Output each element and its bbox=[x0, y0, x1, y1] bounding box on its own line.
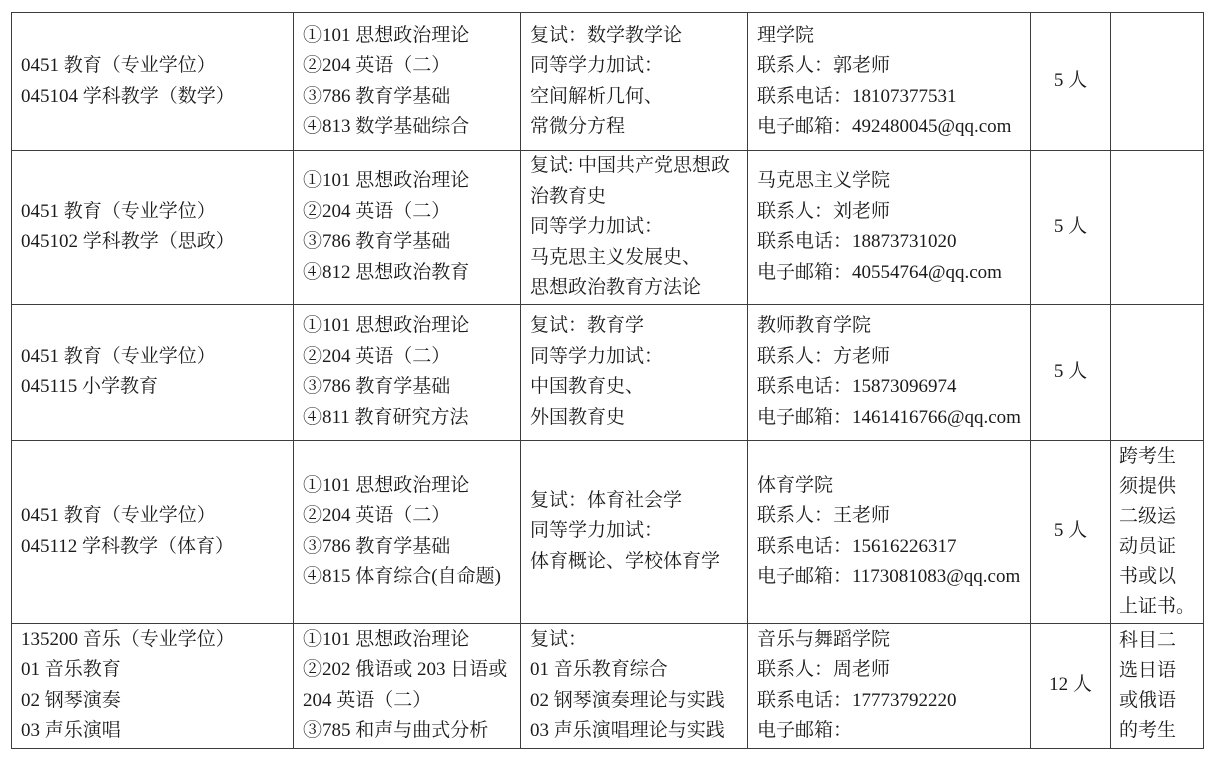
text-line: ②204 英语（二） bbox=[303, 501, 511, 532]
initial-exam-subjects-cell: ①101 思想政治理论②204 英语（二）③786 教育学基础④811 教育研究… bbox=[294, 304, 521, 440]
note-cell: 科目二选日语或俄语的考生 bbox=[1110, 623, 1203, 748]
text-line: 理学院 bbox=[757, 21, 1021, 52]
text-line: 12 人 bbox=[1040, 670, 1101, 701]
text-line: 音乐与舞蹈学院 bbox=[757, 625, 1021, 656]
table-row: 0451 教育（专业学位）045112 学科教学（体育）①101 思想政治理论②… bbox=[12, 440, 1204, 623]
text-line: 常微分方程 bbox=[530, 112, 738, 143]
text-line: 联系电话：15873096974 bbox=[757, 372, 1021, 403]
text-line: 复试：教育学 bbox=[530, 311, 738, 342]
text-line: 书或以 bbox=[1119, 562, 1195, 592]
text-line: 135200 音乐（专业学位） bbox=[21, 625, 284, 656]
text-line: 复试: 中国共产党思想政 bbox=[530, 151, 738, 182]
college-contact-cell: 理学院联系人：郭老师联系电话：18107377531电子邮箱：492480045… bbox=[748, 13, 1031, 151]
text-line: 01 音乐教育 bbox=[21, 655, 284, 686]
text-line: 联系电话：15616226317 bbox=[757, 532, 1021, 563]
text-line: 复试：体育社会学 bbox=[530, 486, 738, 517]
retest-subjects-cell: 复试：数学教学论同等学力加试：空间解析几何、常微分方程 bbox=[521, 13, 748, 151]
text-line: ③786 教育学基础 bbox=[303, 372, 511, 403]
text-line: 5 人 bbox=[1040, 357, 1101, 388]
text-line: 联系人：王老师 bbox=[757, 501, 1021, 532]
text-line: ①101 思想政治理论 bbox=[303, 166, 511, 197]
text-line: 02 钢琴演奏理论与实践 bbox=[530, 686, 738, 717]
college-contact-cell: 教师教育学院联系人：方老师联系电话：15873096974电子邮箱：146141… bbox=[748, 304, 1031, 440]
text-line: 045115 小学教育 bbox=[21, 372, 284, 403]
text-line: ③786 教育学基础 bbox=[303, 227, 511, 258]
initial-exam-subjects-cell: ①101 思想政治理论②204 英语（二）③786 教育学基础④815 体育综合… bbox=[294, 440, 521, 623]
text-line: ①101 思想政治理论 bbox=[303, 625, 511, 656]
table-row: 135200 音乐（专业学位）01 音乐教育02 钢琴演奏03 声乐演唱①101… bbox=[12, 623, 1204, 748]
college-contact-cell: 马克思主义学院联系人：刘老师联系电话：18873731020电子邮箱：40554… bbox=[748, 151, 1031, 305]
text-line: 联系电话：18107377531 bbox=[757, 82, 1021, 113]
text-line: 045102 学科教学（思政） bbox=[21, 227, 284, 258]
initial-exam-subjects-cell: ①101 思想政治理论②202 俄语或 203 日语或204 英语（二）③785… bbox=[294, 623, 521, 748]
enrollment-quota-cell: 5 人 bbox=[1030, 440, 1110, 623]
text-line: 5 人 bbox=[1040, 66, 1101, 97]
admissions-table: 0451 教育（专业学位）045104 学科教学（数学）①101 思想政治理论②… bbox=[11, 12, 1204, 749]
note-cell bbox=[1110, 304, 1203, 440]
text-line: 教师教育学院 bbox=[757, 311, 1021, 342]
text-line: 0451 教育（专业学位） bbox=[21, 197, 284, 228]
text-line: 二级运 bbox=[1119, 502, 1195, 532]
text-line: ④811 教育研究方法 bbox=[303, 403, 511, 434]
table-row: 0451 教育（专业学位）045104 学科教学（数学）①101 思想政治理论②… bbox=[12, 13, 1204, 151]
program-cell: 0451 教育（专业学位）045104 学科教学（数学） bbox=[12, 13, 294, 151]
text-line: 的考生 bbox=[1119, 716, 1195, 746]
retest-subjects-cell: 复试：体育社会学同等学力加试：体育概论、学校体育学 bbox=[521, 440, 748, 623]
text-line: 01 音乐教育综合 bbox=[530, 655, 738, 686]
text-line: 同等学力加试： bbox=[530, 516, 738, 547]
text-line: ②204 英语（二） bbox=[303, 197, 511, 228]
text-line: 0451 教育（专业学位） bbox=[21, 501, 284, 532]
text-line: 电子邮箱：1461416766@qq.com bbox=[757, 403, 1021, 434]
text-line: 联系人：周老师 bbox=[757, 655, 1021, 686]
table-row: 0451 教育（专业学位）045115 小学教育①101 思想政治理论②204 … bbox=[12, 304, 1204, 440]
text-line: 5 人 bbox=[1040, 516, 1101, 547]
note-cell bbox=[1110, 151, 1203, 305]
text-line: 复试：数学教学论 bbox=[530, 21, 738, 52]
program-cell: 0451 教育（专业学位）045112 学科教学（体育） bbox=[12, 440, 294, 623]
text-line: 联系人：郭老师 bbox=[757, 51, 1021, 82]
enrollment-quota-cell: 12 人 bbox=[1030, 623, 1110, 748]
text-line: 空间解析几何、 bbox=[530, 82, 738, 113]
text-line: 电子邮箱： bbox=[757, 716, 1021, 747]
text-line: 03 声乐演唱 bbox=[21, 716, 284, 747]
text-line: ③786 教育学基础 bbox=[303, 82, 511, 113]
program-cell: 135200 音乐（专业学位）01 音乐教育02 钢琴演奏03 声乐演唱 bbox=[12, 623, 294, 748]
text-line: ①101 思想政治理论 bbox=[303, 21, 511, 52]
text-line: 联系电话：18873731020 bbox=[757, 227, 1021, 258]
text-line: 体育概论、学校体育学 bbox=[530, 547, 738, 578]
program-cell: 0451 教育（专业学位）045115 小学教育 bbox=[12, 304, 294, 440]
text-line: 体育学院 bbox=[757, 471, 1021, 502]
text-line: 同等学力加试： bbox=[530, 51, 738, 82]
program-cell: 0451 教育（专业学位）045102 学科教学（思政） bbox=[12, 151, 294, 305]
text-line: 或俄语 bbox=[1119, 686, 1195, 716]
text-line: 204 英语（二） bbox=[303, 686, 511, 717]
college-contact-cell: 音乐与舞蹈学院联系人：周老师联系电话：17773792220电子邮箱： bbox=[748, 623, 1031, 748]
text-line: 电子邮箱：492480045@qq.com bbox=[757, 112, 1021, 143]
text-line: ②204 英语（二） bbox=[303, 51, 511, 82]
text-line: ②204 英语（二） bbox=[303, 342, 511, 373]
text-line: ①101 思想政治理论 bbox=[303, 311, 511, 342]
college-contact-cell: 体育学院联系人：王老师联系电话：15616226317电子邮箱：11730810… bbox=[748, 440, 1031, 623]
initial-exam-subjects-cell: ①101 思想政治理论②204 英语（二）③786 教育学基础④813 数学基础… bbox=[294, 13, 521, 151]
text-line: 联系电话：17773792220 bbox=[757, 686, 1021, 717]
text-line: 外国教育史 bbox=[530, 403, 738, 434]
text-line: ④812 思想政治教育 bbox=[303, 258, 511, 289]
text-line: 联系人：刘老师 bbox=[757, 197, 1021, 228]
text-line: 上证书。 bbox=[1119, 592, 1195, 622]
text-line: 03 声乐演唱理论与实践 bbox=[530, 716, 738, 747]
text-line: 动员证 bbox=[1119, 532, 1195, 562]
text-line: 复试： bbox=[530, 625, 738, 656]
text-line: 0451 教育（专业学位） bbox=[21, 342, 284, 373]
text-line: 电子邮箱：1173081083@qq.com bbox=[757, 562, 1021, 593]
note-cell: 跨考生须提供二级运动员证书或以上证书。 bbox=[1110, 440, 1203, 623]
text-line: ②202 俄语或 203 日语或 bbox=[303, 655, 511, 686]
text-line: 科目二 bbox=[1119, 626, 1195, 656]
text-line: 跨考生 bbox=[1119, 442, 1195, 472]
text-line: 同等学力加试： bbox=[530, 342, 738, 373]
text-line: 须提供 bbox=[1119, 472, 1195, 502]
text-line: ①101 思想政治理论 bbox=[303, 471, 511, 502]
text-line: ③785 和声与曲式分析 bbox=[303, 716, 511, 747]
enrollment-quota-cell: 5 人 bbox=[1030, 151, 1110, 305]
text-line: 选日语 bbox=[1119, 656, 1195, 686]
note-cell bbox=[1110, 13, 1203, 151]
text-line: 045104 学科教学（数学） bbox=[21, 82, 284, 113]
text-line: ④813 数学基础综合 bbox=[303, 112, 511, 143]
enrollment-quota-cell: 5 人 bbox=[1030, 304, 1110, 440]
text-line: 联系人：方老师 bbox=[757, 342, 1021, 373]
table-row: 0451 教育（专业学位）045102 学科教学（思政）①101 思想政治理论②… bbox=[12, 151, 1204, 305]
text-line: ④815 体育综合(自命题) bbox=[303, 562, 511, 593]
text-line: 思想政治教育方法论 bbox=[530, 273, 738, 304]
text-line: 马克思主义学院 bbox=[757, 166, 1021, 197]
text-line: 电子邮箱：40554764@qq.com bbox=[757, 258, 1021, 289]
text-line: 同等学力加试： bbox=[530, 212, 738, 243]
text-line: 中国教育史、 bbox=[530, 372, 738, 403]
retest-subjects-cell: 复试：教育学同等学力加试：中国教育史、外国教育史 bbox=[521, 304, 748, 440]
text-line: 治教育史 bbox=[530, 182, 738, 213]
text-line: 02 钢琴演奏 bbox=[21, 686, 284, 717]
text-line: ③786 教育学基础 bbox=[303, 532, 511, 563]
text-line: 马克思主义发展史、 bbox=[530, 243, 738, 274]
enrollment-quota-cell: 5 人 bbox=[1030, 13, 1110, 151]
retest-subjects-cell: 复试: 中国共产党思想政治教育史同等学力加试：马克思主义发展史、思想政治教育方法… bbox=[521, 151, 748, 305]
text-line: 0451 教育（专业学位） bbox=[21, 51, 284, 82]
text-line: 045112 学科教学（体育） bbox=[21, 532, 284, 563]
text-line: 5 人 bbox=[1040, 212, 1101, 243]
initial-exam-subjects-cell: ①101 思想政治理论②204 英语（二）③786 教育学基础④812 思想政治… bbox=[294, 151, 521, 305]
retest-subjects-cell: 复试：01 音乐教育综合02 钢琴演奏理论与实践03 声乐演唱理论与实践 bbox=[521, 623, 748, 748]
